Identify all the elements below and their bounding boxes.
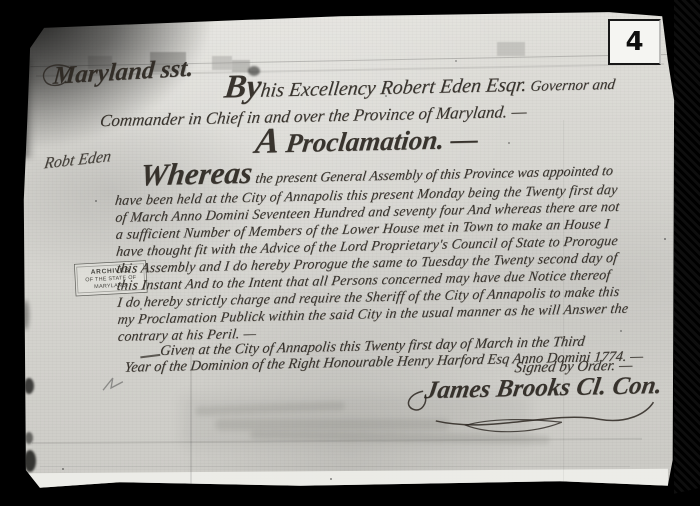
scan-frame: ARCHIVES OF THE STATE OF MARYLAND. Maryl… [0, 0, 700, 506]
document-text-layer: Maryland sst. Byhis Excellency Robert Ed… [0, 0, 700, 506]
jurisdiction-line: Maryland sst. [52, 56, 194, 89]
whereas-word: Whereas [138, 155, 254, 193]
excellency-text: his Excellency Robert Eden Esqr. [259, 74, 528, 102]
page-number: 4 [625, 29, 643, 55]
by-word: By [222, 69, 263, 106]
margin-note: Robt Eden [43, 149, 112, 173]
signature-flourish [401, 380, 662, 436]
given-lead-dash [140, 354, 160, 359]
page-number-box: 4 [608, 19, 661, 65]
pencil-scribble [99, 374, 133, 397]
excellency-line: Byhis Excellency Robert Eden Esqr. Gover… [223, 63, 618, 105]
governor-text: Governor and [530, 77, 616, 95]
